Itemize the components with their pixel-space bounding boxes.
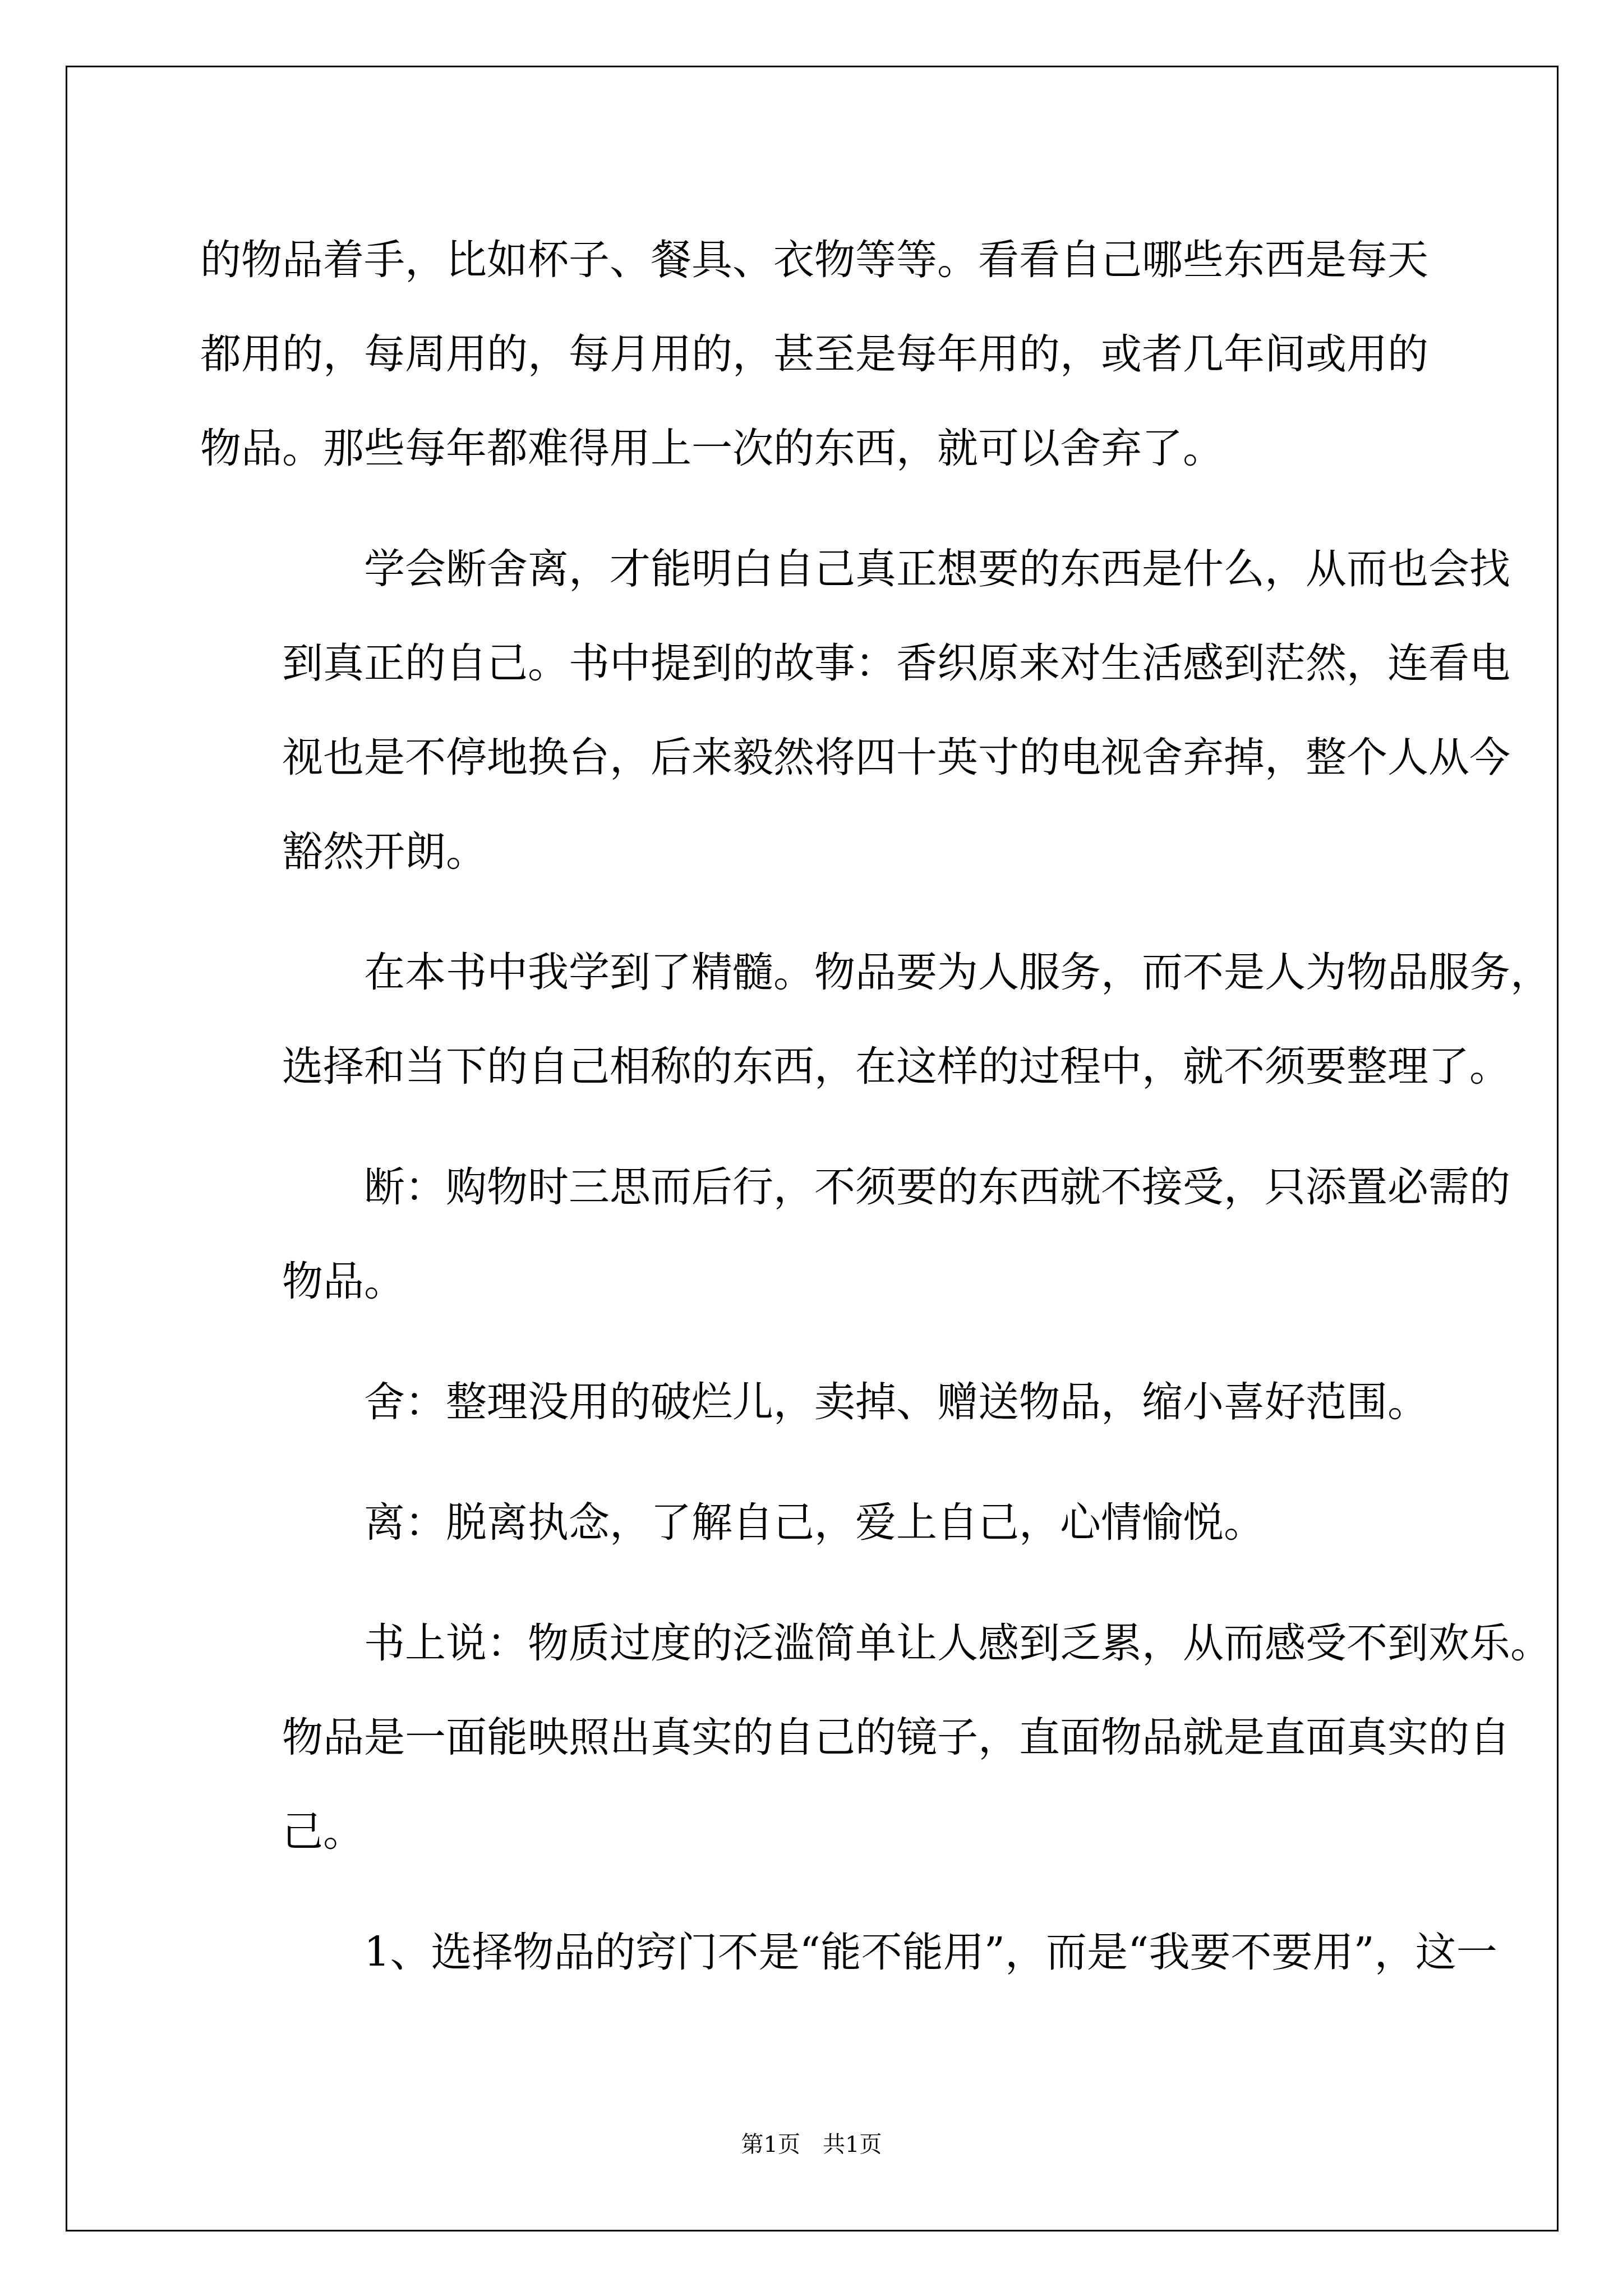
text-line: 物品是一面能映照出真实的自己的镜子，直面物品就是直面真实的自 [200, 1691, 1434, 1785]
text-line: 的物品着手，比如杯子、餐具、衣物等等。看看自己哪些东西是每天 [200, 213, 1434, 307]
text-line: 1、选择物品的窍门不是“能不能用”，而是“我要不要用”，这一 [200, 1906, 1434, 2000]
paragraph-6: 离：脱离执念，了解自己，爱上自己，心情愉悦。 [200, 1476, 1434, 1570]
text-line: 豁然开朗。 [200, 805, 1434, 899]
paragraph-7: 书上说：物质过度的泛滥简单让人感到乏累，从而感受不到欢乐。 物品是一面能映照出真… [200, 1596, 1434, 1879]
text-line: 物品。那些每年都难得用上一次的东西，就可以舍弃了。 [200, 402, 1434, 496]
text-line: 书上说：物质过度的泛滥简单让人感到乏累，从而感受不到欢乐。 [200, 1596, 1434, 1691]
paragraph-8: 1、选择物品的窍门不是“能不能用”，而是“我要不要用”，这一 [200, 1906, 1434, 2000]
document-body: 的物品着手，比如杯子、餐具、衣物等等。看看自己哪些东西是每天 都用的，每周用的，… [200, 213, 1434, 2026]
text-line: 都用的，每周用的，每月用的，甚至是每年用的，或者几年间或用的 [200, 307, 1434, 402]
paragraph-3: 在本书中我学到了精髓。物品要为人服务，而不是人为物品服务， 选择和当下的自己相称… [200, 926, 1434, 1114]
paragraph-1: 的物品着手，比如杯子、餐具、衣物等等。看看自己哪些东西是每天 都用的，每周用的，… [200, 213, 1434, 496]
text-line: 物品。 [200, 1235, 1434, 1329]
paragraph-4: 断：购物时三思而后行，不须要的东西就不接受，只添置必需的 物品。 [200, 1140, 1434, 1329]
text-line: 舍：整理没用的破烂儿，卖掉、赠送物品，缩小喜好范围。 [200, 1355, 1434, 1450]
text-line: 离：脱离执念，了解自己，爱上自己，心情愉悦。 [200, 1476, 1434, 1570]
text-line: 在本书中我学到了精髓。物品要为人服务，而不是人为物品服务， [200, 926, 1434, 1020]
text-line: 己。 [200, 1785, 1434, 1879]
page-number-footer: 第1页 共1页 [0, 2129, 1623, 2160]
text-line: 到真正的自己。书中提到的故事：香织原来对生活感到茫然，连看电 [200, 616, 1434, 711]
text-line: 学会断舍离，才能明白自己真正想要的东西是什么，从而也会找 [200, 522, 1434, 616]
text-line: 断：购物时三思而后行，不须要的东西就不接受，只添置必需的 [200, 1140, 1434, 1235]
paragraph-2: 学会断舍离，才能明白自己真正想要的东西是什么，从而也会找 到真正的自己。书中提到… [200, 522, 1434, 899]
paragraph-5: 舍：整理没用的破烂儿，卖掉、赠送物品，缩小喜好范围。 [200, 1355, 1434, 1450]
text-line: 视也是不停地换台，后来毅然将四十英寸的电视舍弃掉，整个人从今 [200, 711, 1434, 805]
text-line: 选择和当下的自己相称的东西，在这样的过程中，就不须要整理了。 [200, 1020, 1434, 1114]
